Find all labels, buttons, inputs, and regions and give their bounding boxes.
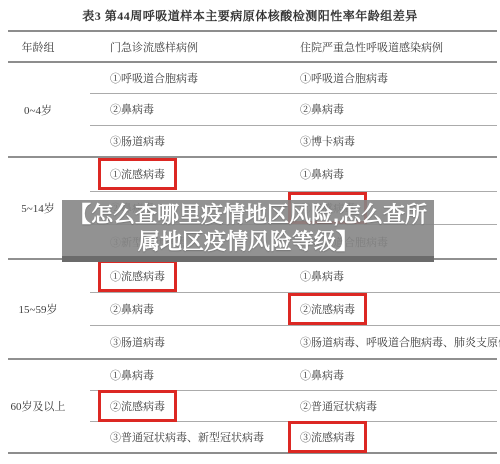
pathogen-rank-cell: ③肠道病毒、呼吸道合胞病毒、肺炎支原体 [300,334,500,350]
rank-subrow: ③肠道病毒 ③博卡病毒 [90,126,497,156]
rank-subrow: ②鼻病毒 ②鼻病毒 [90,94,497,125]
table-header-row: 年龄组 门急诊流感样病例 住院严重急性呼吸道感染病例 [8,32,497,63]
pathogen-rank-cell: ③肠道病毒 [110,133,165,149]
rank-subrow: ①流感病毒 ①鼻病毒 [90,158,497,192]
column-header-outpatient-ili: 门急诊流感样病例 [90,39,300,55]
pathogen-rank-cell: ②鼻病毒 [110,101,154,117]
pathogen-rank-cell: ①鼻病毒 [300,268,344,284]
rank-subrow: ①呼吸道合胞病毒 ①呼吸道合胞病毒 [90,63,497,94]
table-row: 60岁及以上 ①鼻病毒 ①鼻病毒 ②流感病毒 ②普通冠状病毒 ③普通冠状病毒、新… [8,360,497,454]
pathogen-rank-cell: ③博卡病毒 [300,133,355,149]
age-group-label: 15~59岁 [8,260,90,358]
watermark-text-line2: 属地区疫情风险等级】 [138,228,358,255]
rank-subrow: ③普通冠状病毒、新型冠状病毒 ③流感病毒 [90,422,497,452]
rank-subrow: ①流感病毒 ①鼻病毒 [90,260,500,293]
column-header-inpatient-sari: 住院严重急性呼吸道感染病例 [300,39,497,55]
pathogen-rank-cell: ②普通冠状病毒 [300,398,377,414]
rank-subrow: ①鼻病毒 ①鼻病毒 [90,360,497,391]
rank-subrow: ③肠道病毒 ③肠道病毒、呼吸道合胞病毒、肺炎支原体 [90,326,500,358]
column-header-age-group: 年龄组 [8,39,90,55]
table-row: 0~4岁 ①呼吸道合胞病毒 ①呼吸道合胞病毒 ②鼻病毒 ②鼻病毒 ③肠道病毒 ③… [8,63,497,158]
pathogen-rank-cell: ①鼻病毒 [300,166,344,182]
pathogen-rank-cell: ③流感病毒 [288,421,367,453]
pathogen-rank-cell: ①流感病毒 [98,158,177,190]
pathogen-rank-cell: ②流感病毒 [288,293,367,325]
report-table-image: 表3 第44周呼吸道样本主要病原体核酸检测阳性率年龄组差异 年龄组 门急诊流感样… [0,0,500,464]
pathogen-rank-cell: ③肠道病毒 [110,334,165,350]
pathogen-rank-cell: ①鼻病毒 [110,367,154,383]
pathogen-rank-cell: ③普通冠状病毒、新型冠状病毒 [110,429,264,445]
watermark-text-line1: 【怎么查哪里疫情地区风险,怎么查所 [69,201,427,228]
age-group-label: 60岁及以上 [8,360,90,452]
pathogen-rank-cell: ①流感病毒 [98,260,177,292]
age-group-label: 0~4岁 [8,63,90,156]
rank-subrow: ②流感病毒 ②普通冠状病毒 [90,391,497,422]
pathogen-rank-cell: ①呼吸道合胞病毒 [300,70,388,86]
pathogen-rank-cell: ②鼻病毒 [110,301,154,317]
pathogen-rank-cell: ②流感病毒 [98,390,177,422]
pathogen-rank-cell: ①呼吸道合胞病毒 [110,70,198,86]
rank-subrow: ②鼻病毒 ②流感病毒 [90,293,500,326]
watermark-overlay: 【怎么查哪里疫情地区风险,怎么查所 属地区疫情风险等级】 [62,200,434,262]
table-row: 15~59岁 ①流感病毒 ①鼻病毒 ②鼻病毒 ②流感病毒 ③肠道病毒 ③肠道病毒… [8,260,497,360]
pathogen-rank-cell: ①鼻病毒 [300,367,344,383]
table-title: 表3 第44周呼吸道样本主要病原体核酸检测阳性率年龄组差异 [0,7,500,24]
pathogen-rank-cell: ②鼻病毒 [300,101,344,117]
